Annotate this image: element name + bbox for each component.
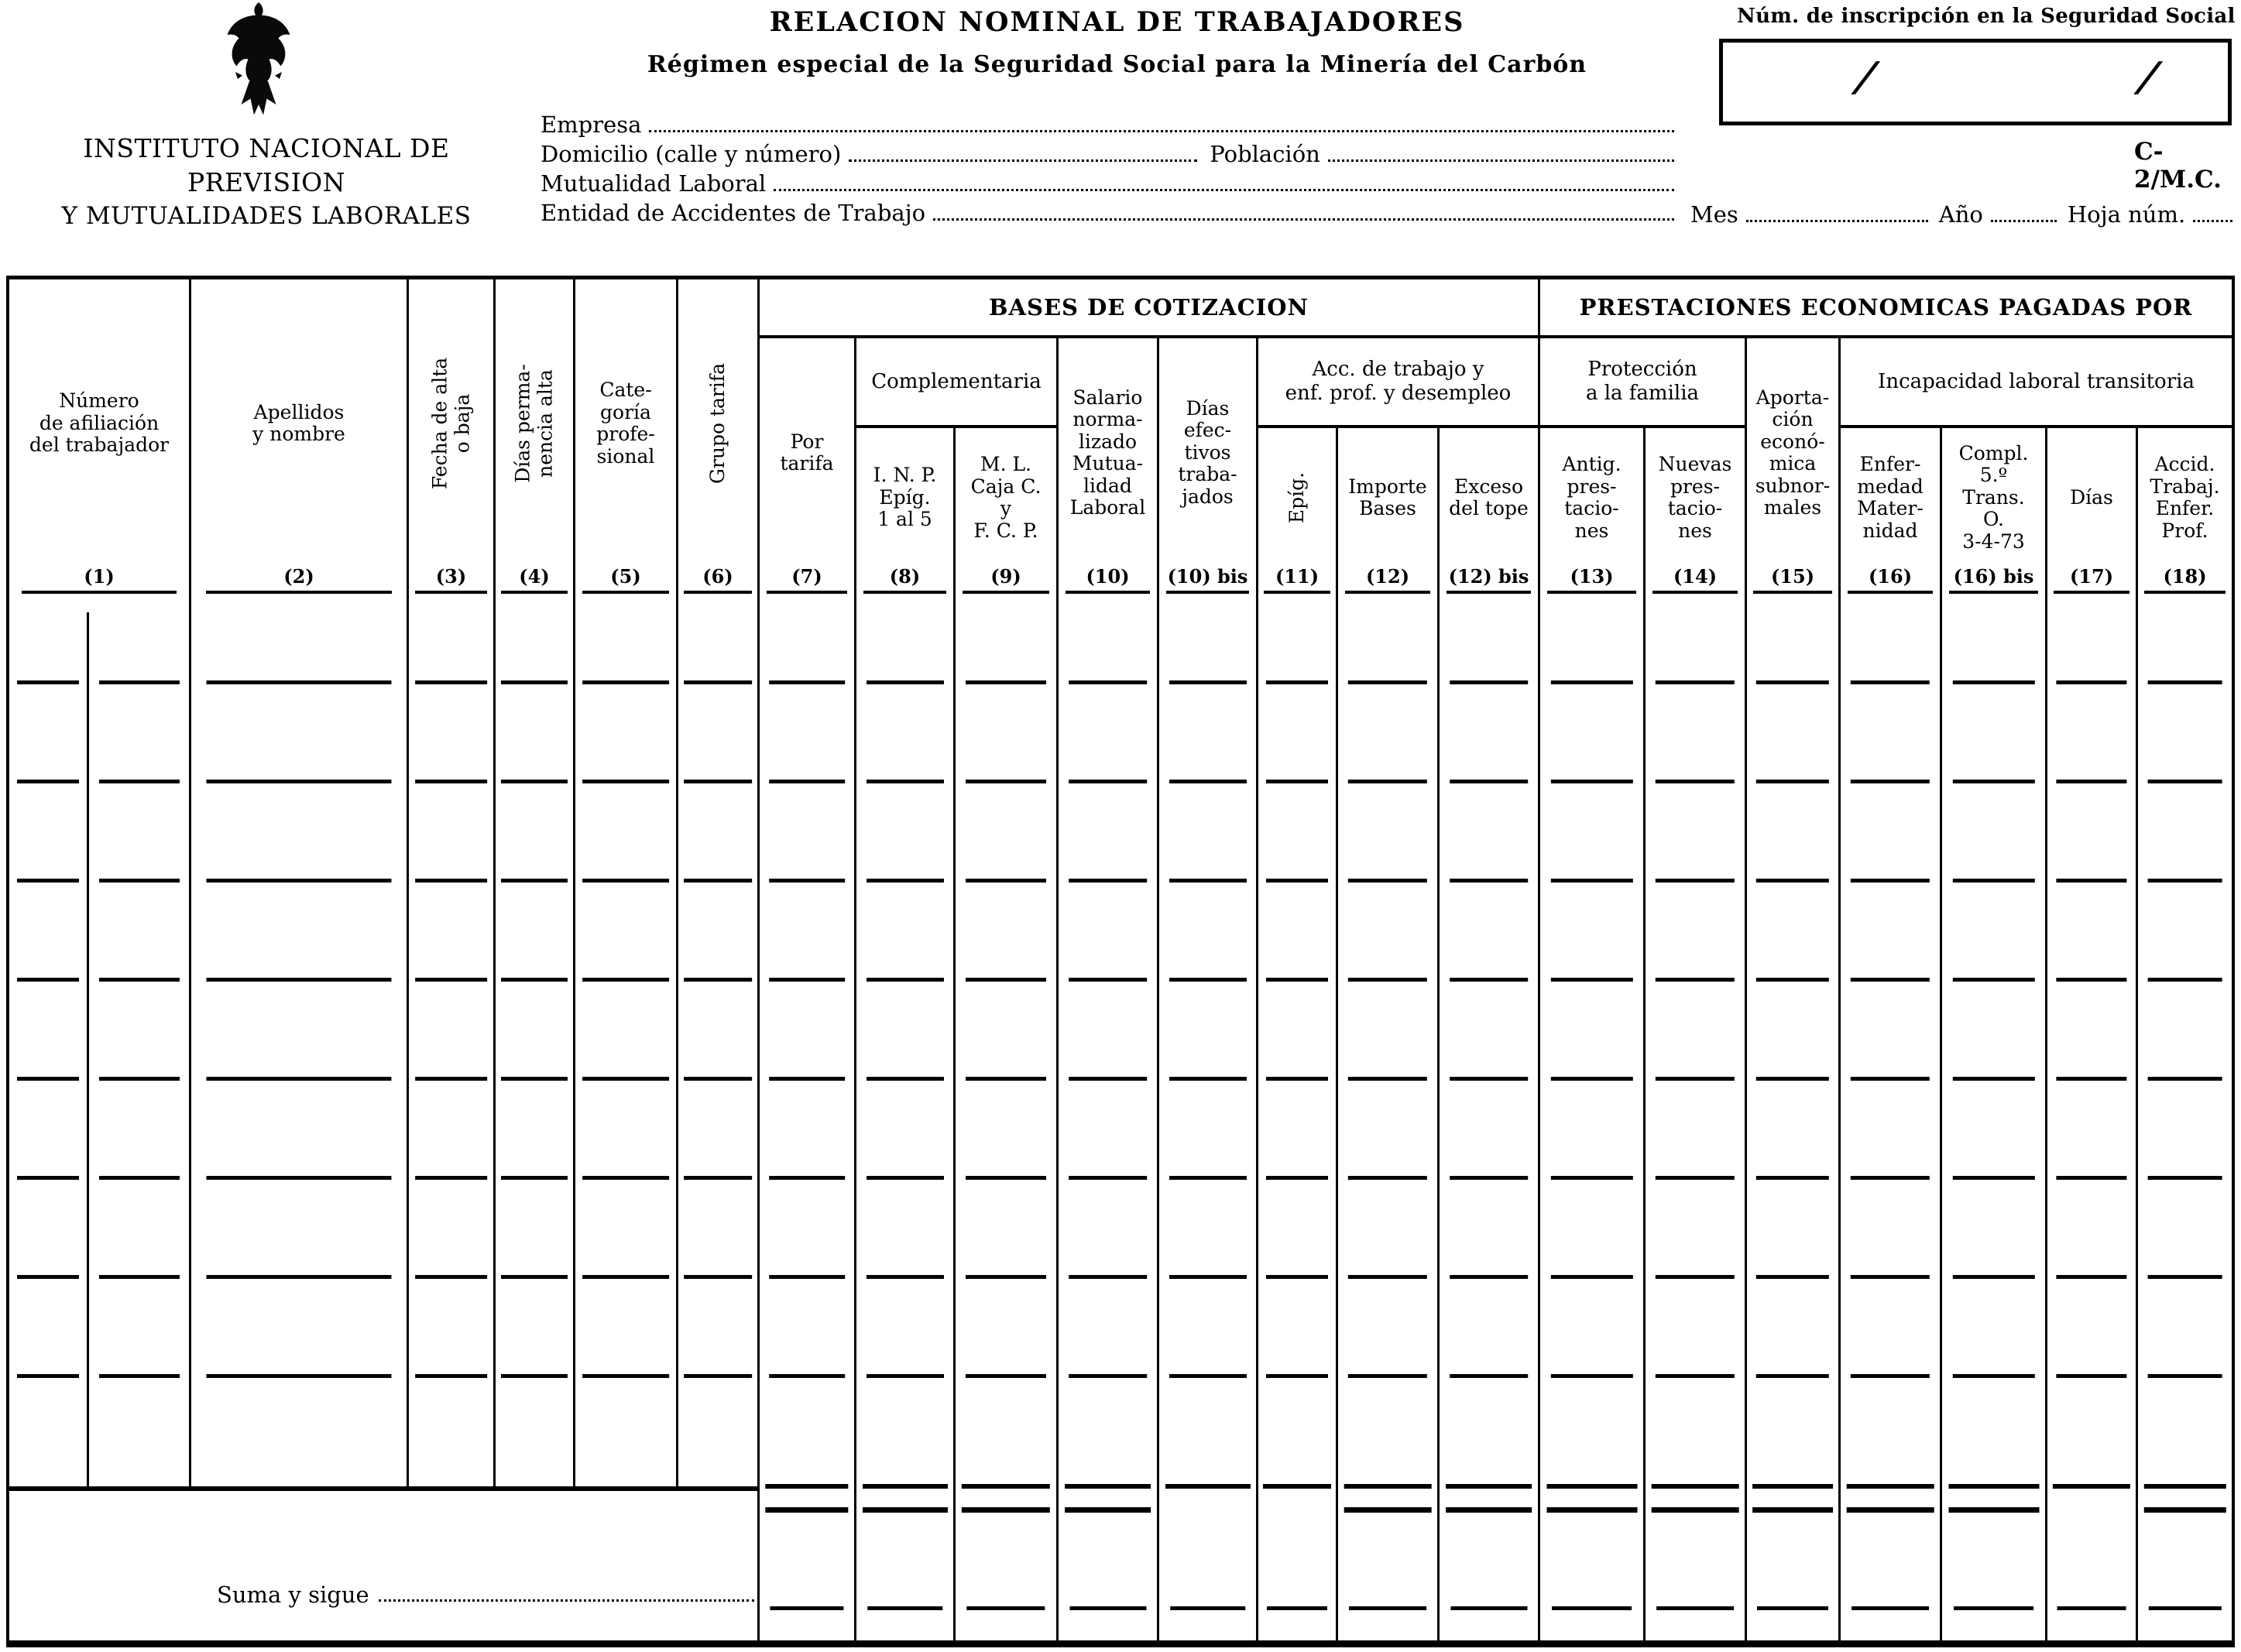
entry-line [17,1275,79,1279]
entry-line [769,1176,845,1180]
masthead: INSTITUTO NACIONAL DE PREVISION Y MUTUAL… [0,0,2241,276]
suma-entry-line [1349,1606,1426,1610]
entry-line [1851,680,1930,684]
col-label: Número de afiliación del trabajador [9,279,189,567]
col-label: Enfer- medad Mater- nidad [1841,428,1940,567]
entry-line [1952,879,2034,883]
entry-line [867,879,944,883]
table-header: Número de afiliación del trabajador (1) … [9,279,2232,612]
col-number: (10) [1086,567,1129,586]
col-header-antiguas-prestaciones: Antig. pres- tacio- nes (13) [1540,428,1643,612]
col-header-fecha-alta: Fecha de alta o baja (3) [407,279,493,612]
col-number: (16) bis [1954,567,2034,586]
entry-line [1952,780,2034,783]
body-col-14 [1643,612,1745,1641]
entry-line [206,780,391,783]
col-header-nuevas-prestaciones: Nuevas pres- tacio- nes (14) [1643,428,1745,612]
entry-line [1756,780,1829,783]
entry-line [1266,1374,1328,1378]
body-col-15 [1745,612,1838,1641]
entry-line [17,680,79,684]
entry-line [1069,780,1148,783]
entry-line [415,879,488,883]
organization-name: INSTITUTO NACIONAL DE PREVISION Y MUTUAL… [3,132,530,232]
suma-entry-line [966,1606,1045,1610]
entry-line [582,1077,669,1081]
entry-line [1656,780,1735,783]
entry-line [1450,1176,1529,1180]
subgroup-complementaria: Complementaria I. N. P. Epíg. 1 al 5 (8)… [854,338,1056,612]
col-label: Días perma- nencia alta [496,279,573,567]
entry-line [2056,879,2126,883]
entry-line [2147,879,2222,883]
entry-line [966,978,1046,982]
col-header-dias: Días (17) [2045,428,2136,612]
col-label: Antig. pres- tacio- nes [1540,428,1643,567]
entry-line [1756,879,1829,883]
entry-line [1550,780,1632,783]
form-fields: Empresa Domicilio (calle y número) Pobla… [541,108,1674,226]
entry-line [1952,978,2034,982]
number-underline [1949,591,2037,594]
domicilio-fill-line [849,159,1197,162]
totals-line [1446,1484,1532,1489]
entry-line [1952,1374,2034,1378]
entry-line [2056,680,2126,684]
entry-line [206,1176,391,1180]
entry-line [1266,978,1328,982]
entry-line [582,1374,669,1378]
form-code: C-2/M.C. [2134,138,2241,194]
entry-line [2147,1077,2222,1081]
entry-line [769,680,845,684]
inscription-number-label: Núm. de inscripción en la Seguridad Soci… [1737,5,2239,28]
col-label: Accid. Trabaj. Enfer. Prof. [2138,428,2232,567]
suma-entry-line [1069,1606,1146,1610]
entry-line [206,1275,391,1279]
col-label: Cate- goría profe- sional [575,279,676,567]
col-number: (18) [2163,567,2206,586]
entry-line [1348,680,1427,684]
entry-line [206,680,391,684]
entry-line [684,780,752,783]
body-col-18 [2136,612,2232,1641]
entry-line [582,780,669,783]
entry-line [867,780,944,783]
col-label: Apellidos y nombre [191,279,407,567]
col-label: I. N. P. Epíg. 1 al 5 [856,428,953,567]
number-underline [1547,591,1635,594]
col-number: (2) [283,567,314,586]
entry-line [415,1374,488,1378]
entry-line [206,978,391,982]
hoja-fill-line [2193,220,2232,222]
hoja-label: Hoja núm. [2068,201,2185,228]
body-col-10bis [1157,612,1256,1641]
col-header-salario-normalizado: Salario norma- lizado Mutua- lidad Labor… [1056,338,1157,612]
mes-fill-line [1746,220,1928,222]
col-number: (9) [990,567,1021,586]
entry-line [1069,978,1148,982]
entry-line [99,1374,180,1378]
entidad-row: Entidad de Accidentes de Trabajo [541,197,1674,226]
entry-line [2147,680,2222,684]
col-number: (7) [791,567,822,586]
body-col-6 [676,612,757,1486]
entry-line [769,1077,845,1081]
body-col-17 [2045,612,2136,1641]
entry-line [769,780,845,783]
entry-line [2056,780,2126,783]
group-title: PRESTACIONES ECONOMICAS PAGADAS POR [1540,279,2232,338]
entry-line [501,879,568,883]
number-underline [767,591,848,594]
totals-line [1752,1484,1833,1489]
entry-line [1069,1374,1148,1378]
col-label: Importe Bases [1338,428,1437,567]
totals-double-line [1752,1507,1833,1513]
group-prestaciones: PRESTACIONES ECONOMICAS PAGADAS POR Prot… [1538,279,2232,612]
col-number: (6) [702,567,733,586]
entry-line [501,680,568,684]
number-underline [22,591,177,594]
entry-line [17,1077,79,1081]
totals-double-line [1847,1507,1934,1513]
subgroup-incapacidad: Incapacidad laboral transitoria Enfer- m… [1838,338,2232,612]
entry-line [1069,1176,1148,1180]
entry-line [501,780,568,783]
col-label: Compl. 5.º Trans. O. 3-4-73 [1942,428,2045,567]
entry-line [1348,1374,1427,1378]
entidad-fill-line [933,218,1674,221]
body-col-16bis [1940,612,2045,1641]
entry-line [966,1176,1046,1180]
number-underline [1166,591,1250,594]
number-underline [684,591,752,594]
suma-y-sigue-label: Suma y sigue [217,1582,369,1608]
entry-line [684,1176,752,1180]
entry-line [1069,680,1148,684]
col-header-ml-caja: M. L. Caja C. y F. C. P. (9) [953,428,1056,612]
org-line-2: Y MUTUALIDADES LABORALES [3,200,530,232]
scanned-form-page: INSTITUTO NACIONAL DE PREVISION Y MUTUAL… [0,0,2241,1652]
entry-line [1756,978,1829,982]
number-underline [415,591,488,594]
totals-double-line [1948,1507,2039,1513]
entry-line [1656,1176,1735,1180]
table-body-left-zone [9,612,757,1491]
col-label: Por tarifa [760,338,854,567]
entry-line [17,780,79,783]
entry-line [867,1374,944,1378]
entry-line [1550,978,1632,982]
col-number: (12) bis [1449,567,1529,586]
entry-line [582,1176,669,1180]
body-col-13 [1538,612,1643,1641]
totals-double-line [1652,1507,1739,1513]
entry-line [1952,680,2034,684]
entry-line [1851,1176,1930,1180]
number-underline [1652,591,1738,594]
entry-line [1450,1077,1529,1081]
empresa-fill-line [649,130,1674,132]
col-number: (13) [1570,567,1613,586]
number-underline [1848,591,1933,594]
totals-line [1065,1484,1151,1489]
entry-line [769,978,845,982]
totals-line [1263,1484,1331,1489]
entry-line [415,1077,488,1081]
entry-line [1266,680,1328,684]
entry-line [17,1176,79,1180]
entry-line [769,879,845,883]
entry-line [966,1374,1046,1378]
body-col-2 [189,612,407,1486]
totals-line [1546,1484,1637,1489]
entry-line [1348,879,1427,883]
suma-entry-line [1757,1606,1828,1610]
col-header-apellidos: Apellidos y nombre (2) [189,279,407,612]
totals-double-line [765,1507,848,1513]
entry-line [501,1077,568,1081]
entry-line [415,680,488,684]
body-col-4 [493,612,573,1486]
entry-line [582,879,669,883]
entry-line [867,1275,944,1279]
subgroup-title: Complementaria [856,338,1056,428]
col-header-dias-efectivos: Días efec- tivos traba- jados (10) bis [1157,338,1256,612]
eagle-emblem-icon [219,2,298,124]
number-underline [206,591,391,594]
totals-double-line [1446,1507,1532,1513]
body-col-8 [854,612,953,1641]
totals-double-line [1065,1507,1151,1513]
inscription-slash-mark: / [1852,53,1879,101]
col-number: (17) [2070,567,2113,586]
body-col-11 [1256,612,1336,1641]
entry-line [1266,1077,1328,1081]
entry-line [2147,780,2222,783]
entry-line [684,1077,752,1081]
entry-line [1550,1275,1632,1279]
entry-line [1851,879,1930,883]
entry-line [1851,1275,1930,1279]
entry-line [99,1176,180,1180]
entry-line [1169,680,1247,684]
totals-line [765,1484,848,1489]
totals-line [1652,1484,1739,1489]
body-col-9 [953,612,1056,1641]
entry-line [2147,1176,2222,1180]
entry-line [1656,1275,1735,1279]
subgroup-acc-trabajo: Acc. de trabajo y enf. prof. y desempleo… [1256,338,1538,612]
entry-line [1169,1077,1247,1081]
entry-line [1169,978,1247,982]
org-line-1: INSTITUTO NACIONAL DE PREVISION [3,132,530,200]
body-col-10 [1056,612,1157,1641]
entry-line [769,1275,845,1279]
col-header-accid-trabaj: Accid. Trabaj. Enfer. Prof. (18) [2136,428,2232,612]
col-label: Grupo tarifa [678,279,757,567]
entry-line [1348,780,1427,783]
col-label: M. L. Caja C. y F. C. P. [956,428,1056,567]
domicilio-label: Domicilio (calle y número) [541,141,841,167]
entry-line [501,1176,568,1180]
entry-line [415,1176,488,1180]
entry-line [2056,1077,2126,1081]
col-number: (16) [1869,567,1912,586]
col-header-afiliacion: Número de afiliación del trabajador (1) [9,279,189,612]
subgroup-proteccion-familia: Protección a la familia Antig. pres- tac… [1540,338,1745,612]
entry-line [582,680,669,684]
mes-label: Mes [1690,201,1738,228]
entry-line [1348,1077,1427,1081]
col-number: (15) [1771,567,1814,586]
entry-line [966,780,1046,783]
entry-line [415,1275,488,1279]
entry-line [684,1374,752,1378]
entry-line [966,680,1046,684]
entry-line [1169,879,1247,883]
col-header-compl-trans: Compl. 5.º Trans. O. 3-4-73 (16) bis [1940,428,2045,612]
totals-line [1948,1484,2039,1489]
suma-y-sigue-row: Suma y sigue [217,1577,756,1608]
suma-entry-line [1552,1606,1632,1610]
entry-line [1069,1275,1148,1279]
totals-line [1344,1484,1432,1489]
entry-line [501,978,568,982]
entry-line [2147,978,2222,982]
col-header-inp: I. N. P. Epíg. 1 al 5 (8) [856,428,953,612]
entry-line [1851,780,1930,783]
entidad-label: Entidad de Accidentes de Trabajo [541,200,925,226]
mutualidad-label: Mutualidad Laboral [541,170,766,197]
suma-entry-line [1267,1606,1327,1610]
number-underline [2054,591,2129,594]
entry-line [582,978,669,982]
col-label: Salario norma- lizado Mutua- lidad Labor… [1059,338,1157,567]
col-number: (14) [1673,567,1717,586]
number-underline [1447,591,1531,594]
entry-line [1450,680,1529,684]
entry-line [415,978,488,982]
number-underline [501,591,568,594]
number-underline [1753,591,1831,594]
suma-entry-line [867,1606,943,1610]
number-underline [863,591,947,594]
totals-line [1847,1484,1934,1489]
suma-entry-line [1851,1606,1929,1610]
entry-line [1851,1374,1930,1378]
body-col-7 [757,612,854,1641]
entry-line [1266,879,1328,883]
entry-line [1851,1077,1930,1081]
empresa-label: Empresa [541,111,641,138]
entry-line [1069,1077,1148,1081]
poblacion-fill-line [1328,159,1674,162]
entry-line [1550,1176,1632,1180]
col-header-grupo-tarifa: Grupo tarifa (6) [676,279,757,612]
entry-line [1450,1374,1529,1378]
entry-line [966,1077,1046,1081]
inscription-slash-mark: / [2135,53,2161,101]
body-col-16 [1838,612,1940,1641]
col-header-epig: Epíg. (11) [1258,428,1336,612]
entry-line [99,1275,180,1279]
entry-line [2147,1374,2222,1378]
totals-line [863,1484,948,1489]
body-col-12 [1336,612,1437,1641]
totals-line [2143,1484,2226,1489]
entry-line [99,680,180,684]
suma-entry-line [770,1606,843,1610]
entry-line [1656,1077,1735,1081]
suma-entry-line [1170,1606,1246,1610]
totals-double-line [962,1507,1050,1513]
entry-line [1851,978,1930,982]
entry-line [1756,1077,1829,1081]
col-label: Aporta- ción econó- mica subnor- males [1747,338,1838,567]
col-number: (4) [519,567,549,586]
table-body: Suma y sigue [9,612,2232,1641]
entry-line [1348,1275,1427,1279]
subgroup-title: Incapacidad laboral transitoria [1841,338,2232,428]
ano-fill-line [1991,220,2057,222]
col-header-por-tarifa: Por tarifa (7) [760,338,854,612]
col-label: Fecha de alta o baja [409,279,493,567]
col-number: (8) [890,567,920,586]
domicilio-row: Domicilio (calle y número) Población [541,138,1674,167]
totals-double-line [1546,1507,1637,1513]
entry-line [1656,879,1735,883]
col-number: (10) bis [1168,567,1248,586]
totals-line [1165,1484,1251,1489]
entry-line [1550,1077,1632,1081]
entry-line [1550,680,1632,684]
entry-line [1266,1176,1328,1180]
entry-line [684,978,752,982]
number-underline [582,591,669,594]
entry-line [1169,780,1247,783]
ano-label: Año [1939,201,1983,228]
suma-entry-line [1450,1606,1527,1610]
entry-line [1952,1275,2034,1279]
entry-line [17,1374,79,1378]
number-underline [963,591,1049,594]
entry-line [206,879,391,883]
entry-line [867,978,944,982]
col-label: Epíg. [1258,428,1336,567]
entry-line [99,879,180,883]
entry-line [1756,1176,1829,1180]
entry-line [769,1374,845,1378]
entry-line [99,780,180,783]
body-col-12bis [1437,612,1538,1641]
col-number: (1) [84,567,114,586]
inscription-number-box: / / [1719,39,2232,125]
entry-line [1550,1374,1632,1378]
mutualidad-row: Mutualidad Laboral [541,167,1674,197]
entry-line [17,879,79,883]
totals-line [2053,1484,2130,1489]
entry-line [2147,1275,2222,1279]
entry-line [1952,1176,2034,1180]
entry-line [501,1275,568,1279]
col-label: Días [2047,428,2136,567]
entry-line [99,1077,180,1081]
entry-line [1348,1176,1427,1180]
col-header-importe-bases: Importe Bases (12) [1336,428,1437,612]
